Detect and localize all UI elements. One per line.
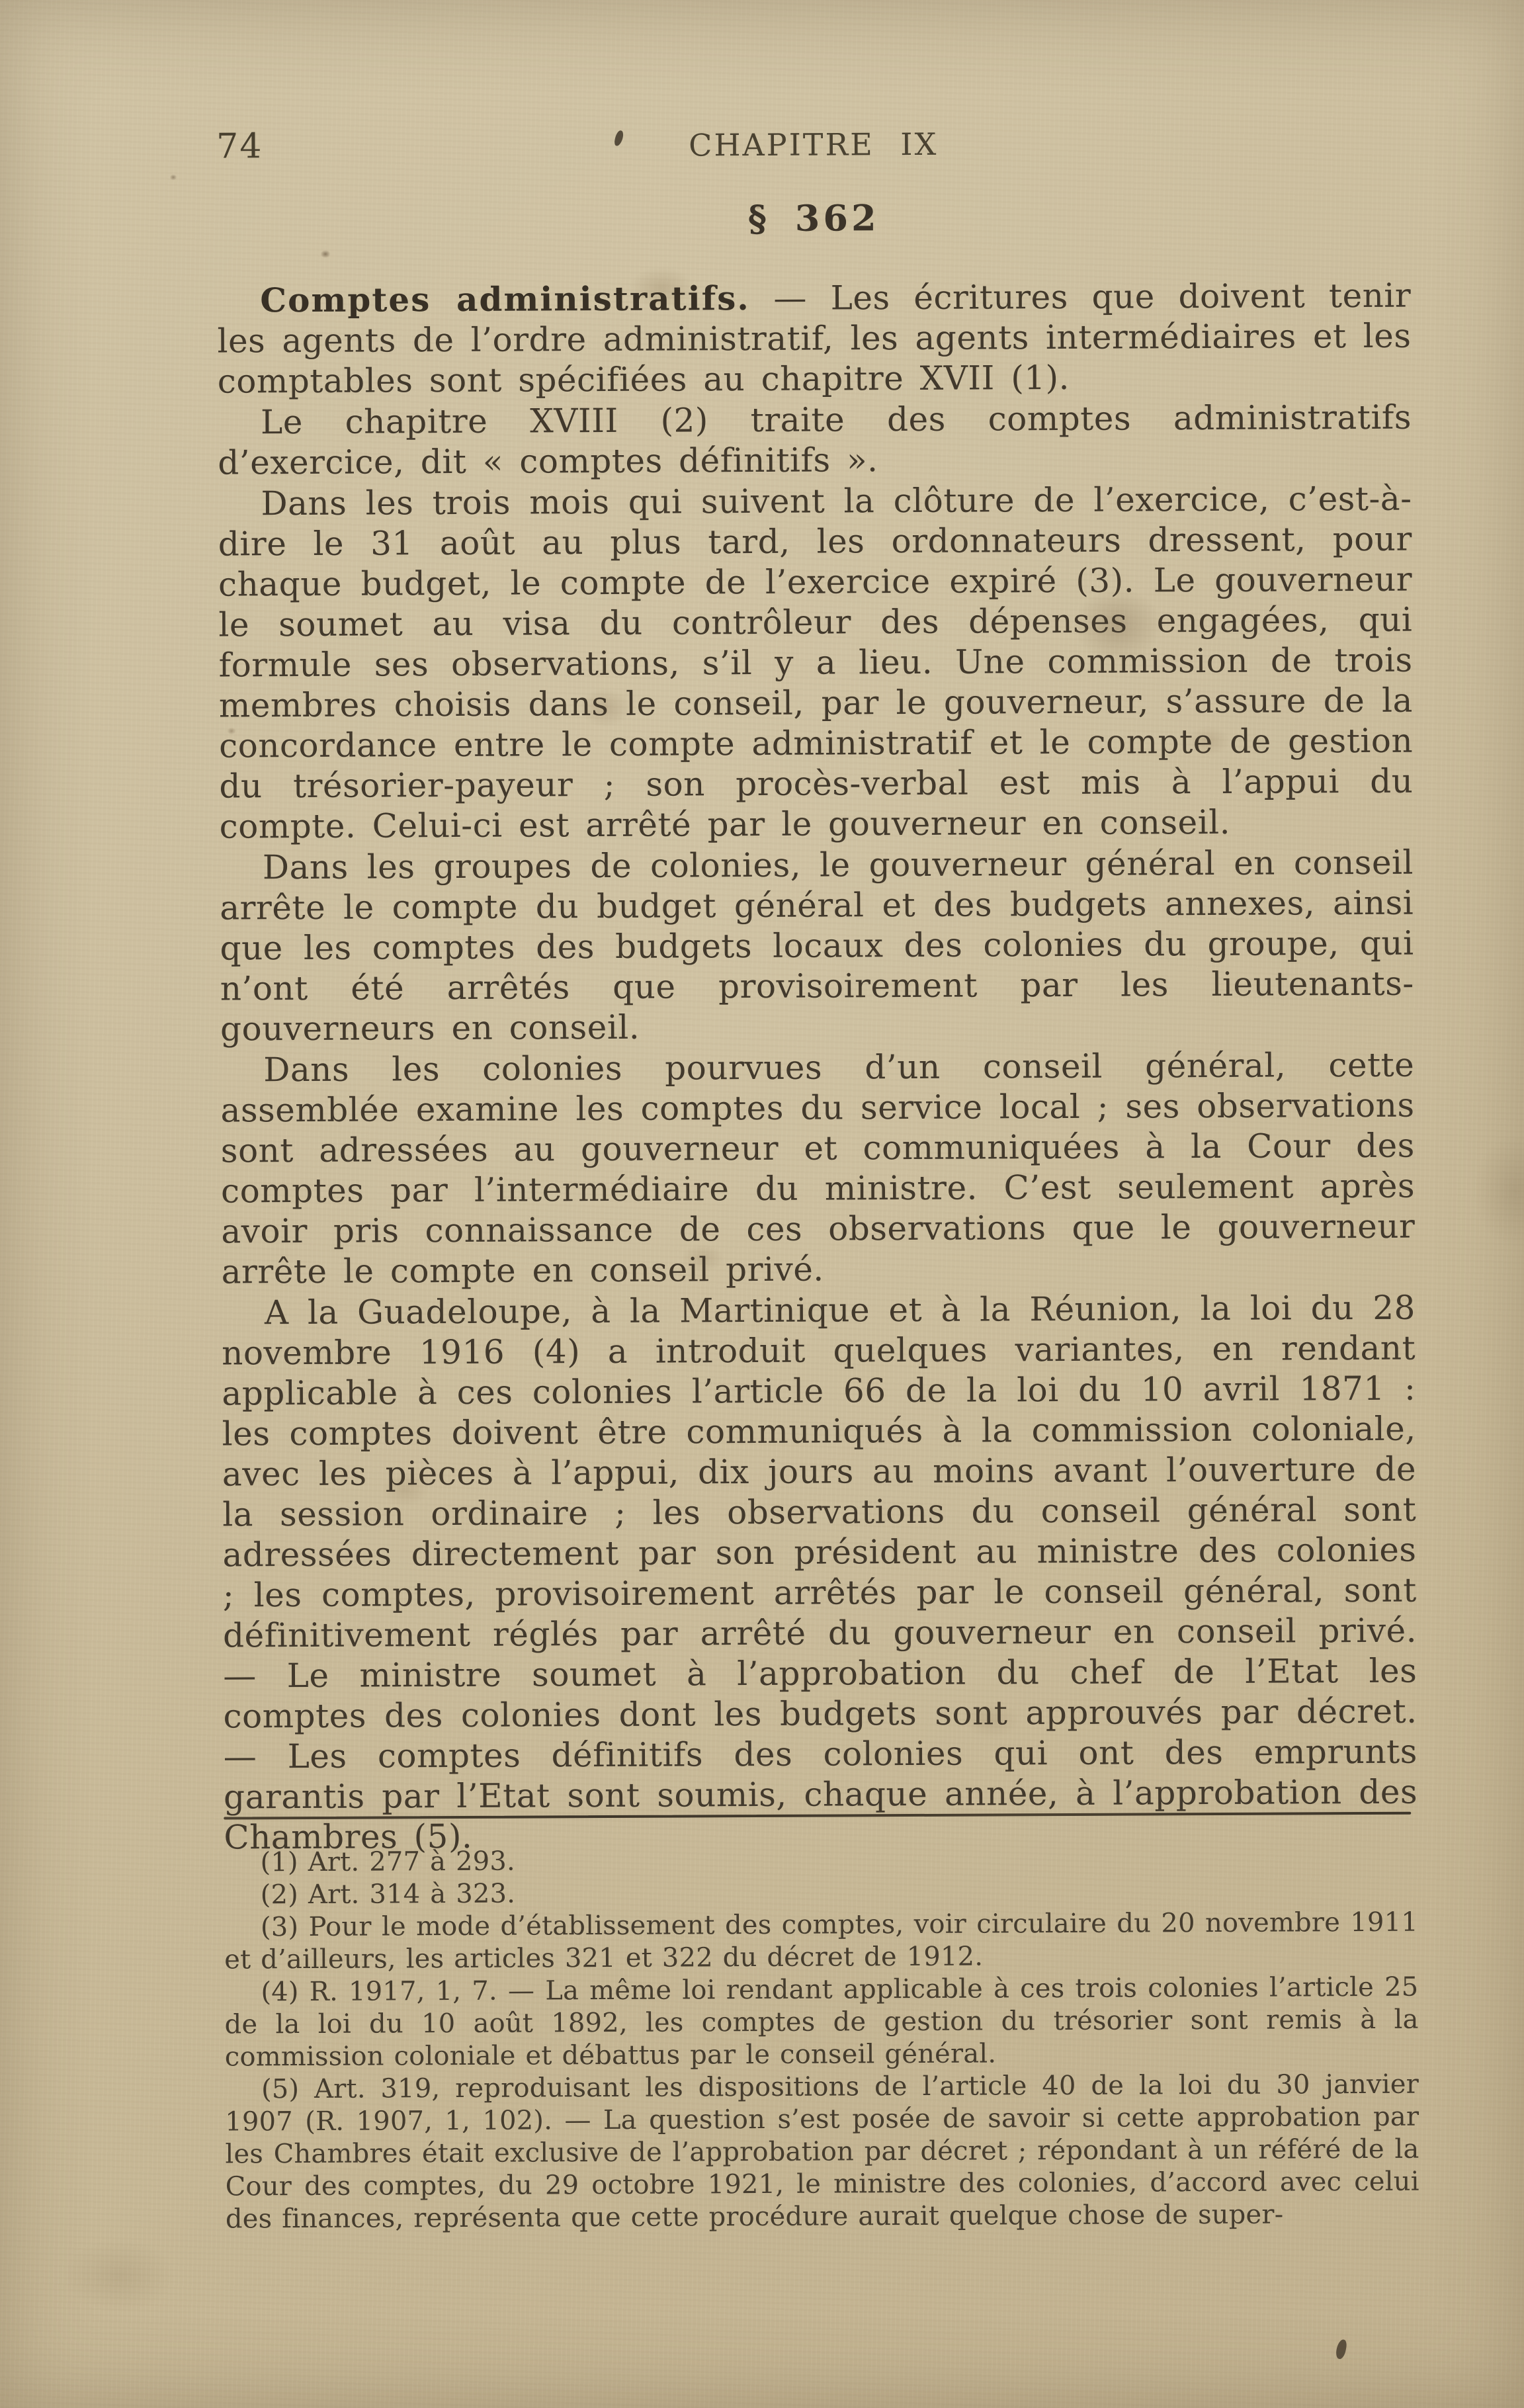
footnote: (5) Art. 319, reproduisant les dispositi… [225, 2069, 1419, 2236]
footnote: (4) R. 1917, 1, 7. — La même loi rendant… [224, 1971, 1419, 2074]
section-heading: § 362 [217, 194, 1411, 242]
ink-mark [1335, 2339, 1347, 2360]
paragraph: A la Guadeloupe, à la Martinique et à la… [222, 1287, 1418, 1858]
footnote: (1) Art. 277 à 293. [224, 1842, 1418, 1879]
paragraph: Le chapitre XVIII (2) traite des comptes… [218, 397, 1412, 484]
paragraph: Dans les colonies pourvues d’un conseil … [220, 1045, 1416, 1293]
paragraph: Comptes administratifs. — Les écritures … [217, 275, 1412, 402]
scanned-book-page: 74 CHAPITRE IX § 362 Comptes administrat… [0, 0, 1524, 2408]
paragraph-text: A la Guadeloupe, à la Martinique et à la… [222, 1289, 1418, 1857]
paragraph: Dans les trois mois qui suivent la clôtu… [218, 478, 1413, 847]
footnote: (3) Pour le mode d’établissement des com… [224, 1907, 1418, 1977]
footnotes: (1) Art. 277 à 293. (2) Art. 314 à 323. … [224, 1842, 1419, 2236]
paragraph-text: Dans les groupes de colonies, le gouvern… [220, 843, 1414, 1049]
paragraph-text: Dans les colonies pourvues d’un conseil … [220, 1046, 1415, 1291]
footnote: (2) Art. 314 à 323. [224, 1874, 1418, 1912]
body-text: Comptes administratifs. — Les écritures … [217, 275, 1418, 1858]
paragraph: Dans les groupes de colonies, le gouvern… [220, 842, 1414, 1050]
running-title: CHAPITRE IX [216, 124, 1410, 165]
paragraph-text: Dans les trois mois qui suivent la clôtu… [218, 480, 1414, 846]
page-content: 74 CHAPITRE IX § 362 Comptes administrat… [0, 0, 1524, 2408]
paragraph-text: Le chapitre XVIII (2) traite des comptes… [218, 398, 1412, 482]
paragraph-lead: Comptes administratifs. [260, 279, 750, 320]
